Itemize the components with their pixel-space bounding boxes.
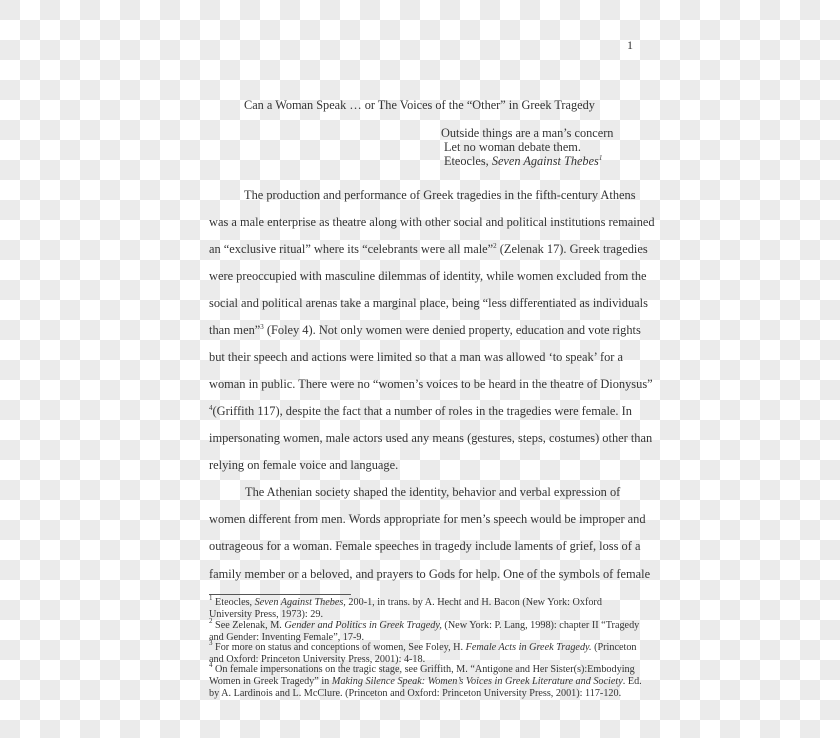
text-line: family member or a beloved, and prayers … (209, 567, 650, 582)
text-line: than men”3 (Foley 4). Not only women wer… (209, 323, 641, 338)
epigraph-line: Outside things are a man’s concern (441, 126, 613, 140)
text-line: relying on female voice and language. (209, 458, 398, 473)
epigraph: Outside things are a man’s concern Let n… (441, 126, 613, 168)
text-line: 4(Griffith 117), despite the fact that a… (209, 404, 632, 419)
footnote-number: 1 (209, 594, 213, 602)
text-line: outrageous for a woman. Female speeches … (209, 539, 640, 554)
footnote-title: Seven Against Thebes, (255, 597, 346, 608)
text-line: an “exclusive ritual” where its “celebra… (209, 242, 648, 257)
footnote-number: 2 (209, 617, 213, 625)
page-number: 1 (627, 38, 633, 53)
footnote-separator (209, 594, 351, 595)
footnote: 2 See Zelenak, M. Gender and Politics in… (209, 620, 639, 644)
epigraph-line: Let no woman debate them. (441, 140, 613, 154)
footnote-ref: 1 (599, 154, 603, 162)
text-line: The production and performance of Greek … (244, 188, 636, 203)
text-line: woman in public. There were no “women’s … (209, 377, 653, 392)
document-title: Can a Woman Speak … or The Voices of the… (244, 98, 595, 113)
epigraph-attribution: Eteocles, Seven Against Thebes1 (441, 154, 613, 168)
text-line: women different from men. Words appropri… (209, 512, 646, 527)
footnote: 1 Eteocles, Seven Against Thebes, 200-1,… (209, 597, 602, 621)
footnote-title: Making Silence Speak: Women’s Voices in … (332, 676, 623, 687)
text-line: impersonating women, male actors used an… (209, 431, 652, 446)
footnote-number: 4 (209, 661, 213, 669)
text-line: was a male enterprise as theatre along w… (209, 215, 655, 230)
footnote: 4 On female impersonations on the tragic… (209, 664, 642, 700)
text-line: The Athenian society shaped the identity… (245, 485, 620, 500)
footnote-ref: 3 (260, 323, 264, 331)
footnote-title: Female Acts in Greek Tragedy. (466, 642, 592, 653)
text-line: but their speech and actions were limite… (209, 350, 623, 365)
footnote-number: 3 (209, 639, 213, 647)
footnote-ref: 4 (209, 404, 213, 412)
footnote: 3 For more on status and conceptions of … (209, 642, 637, 666)
footnote-title: Gender and Politics in Greek Tragedy, (284, 620, 442, 631)
footnote-ref: 2 (493, 242, 497, 250)
text-line: were preoccupied with masculine dilemmas… (209, 269, 647, 284)
text-line: social and political arenas take a margi… (209, 296, 648, 311)
